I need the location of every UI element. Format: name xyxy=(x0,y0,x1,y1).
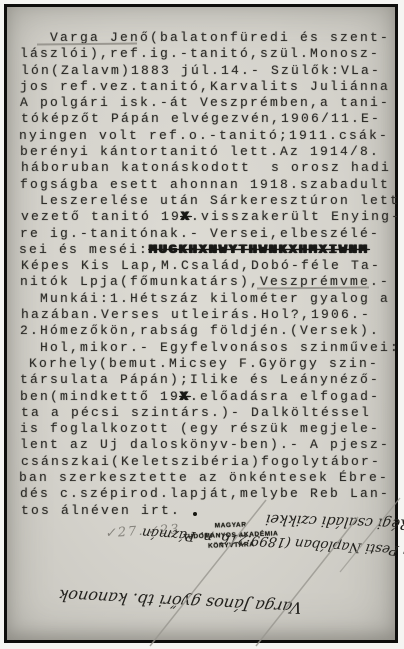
typed-text: lón(Zalavm)1883 júl.14.- Szülők:VLa- xyxy=(21,63,381,78)
typed-line: lón(Zalavm)1883 júl.14.- Szülők:VLa- xyxy=(21,63,401,79)
typed-line: lent az Uj daloskönyv-ben).- A pjesz- xyxy=(20,437,400,453)
typed-text: Képes Kis Lap,M.Család,Dobó-féle Ta- xyxy=(21,258,381,273)
typed-line: ben(mindkettő 19X.előadásra elfogad- xyxy=(20,389,400,405)
typed-text: Hol,mikor.- Egyfelvonásos szinművei: xyxy=(20,340,400,355)
typed-text: Leszerelése után Sárkeresztúron lett xyxy=(20,193,400,208)
typed-line: lászlói),ref.ig.-tanitó,szül.Monosz- xyxy=(20,46,400,62)
typed-line: 2.Hómezőkön,rabság földjén.(Versek). xyxy=(20,323,400,339)
typed-line: társulata Pápán);Ilike és Leánynéző- xyxy=(20,372,400,388)
typed-line: háboruban katonáskodott s orosz hadi xyxy=(21,160,401,176)
typed-line: hazában.Verses utleirás.Hol?,1906.- xyxy=(21,307,401,323)
typed-line: A polgári isk.-át Veszprémben,a tani- xyxy=(20,95,400,111)
typed-line: is foglalkozott (egy részük megjele- xyxy=(20,421,400,437)
typed-text: ta a pécsi szintárs.)- Dalköltéssel xyxy=(21,405,371,420)
typed-text: .visszakerült Enying- xyxy=(191,209,401,224)
typed-line: dés c.szépirod.lapját,melybe Reb Lan- xyxy=(20,486,400,502)
typed-line: Képes Kis Lap,M.Család,Dobó-féle Ta- xyxy=(21,258,401,274)
typed-line: nitók Lpja(főmunkatárs),Veszprémvme.- xyxy=(20,274,400,290)
typed-line: vezető tanitó 19X.visszakerült Enying- xyxy=(21,209,401,225)
typed-line: ta a pécsi szintárs.)- Dalköltéssel xyxy=(21,405,401,421)
typed-text: berényi kántortanitó lett.Az 1914/8. xyxy=(20,144,380,159)
typed-line: sei és meséi:MUGKHXNWYTHWNKXHMXIWNM xyxy=(19,242,399,258)
typed-line: Korhely(bemut.Micsey F.György szin- xyxy=(19,356,399,372)
typed-line: re ig.-tanitónak.- Versei,elbeszélé- xyxy=(20,226,400,242)
checkmark-27: ✓27. xyxy=(105,524,146,542)
card-paper: Varga Jenő(balatonfüredi és szent-lászló… xyxy=(7,7,395,640)
typed-text: tos álnéven irt. xyxy=(21,503,181,518)
typed-line: nyingen volt ref.o.-tanitó;1911.csák- xyxy=(19,128,399,144)
typed-text: A polgári isk.-át Veszprémben,a tani- xyxy=(20,95,390,110)
typed-text: fogságba esett ahonnan 1918.szabadult xyxy=(20,177,390,192)
typed-line: Hol,mikor.- Egyfelvonásos szinművei: xyxy=(20,340,400,356)
typed-text: dés c.szépirod.lapját,melybe Reb Lan- xyxy=(20,486,390,501)
typed-text: jos ref.vez.tanitó,Karvalits Juliánna xyxy=(20,79,390,94)
typed-text: sei és meséi: xyxy=(19,242,149,257)
typed-text: háboruban katonáskodott s orosz hadi xyxy=(21,160,391,175)
typed-text: nyingen volt ref.o.-tanitó;1911.csák- xyxy=(19,128,389,143)
typed-text: társulata Pápán);Ilike és Leánynéző- xyxy=(20,372,380,387)
typed-line: Munkái:1.Hétszáz kilométer gyalog a xyxy=(20,291,400,307)
typed-text: ban szerkesztette az önkéntesek Ébre- xyxy=(19,470,389,485)
typed-line: fogságba esett ahonnan 1918.szabadult xyxy=(20,177,400,193)
typed-text: hazában.Verses utleirás.Hol?,1906.- xyxy=(21,307,371,322)
typed-text-block: Varga Jenő(balatonfüredi és szent-lászló… xyxy=(20,30,400,519)
overstruck-text: MUGKHXNWYTHWNKXHMXIWNM xyxy=(149,242,369,257)
typed-text: vezető tanitó 19 xyxy=(21,209,181,224)
typed-line: berényi kántortanitó lett.Az 1914/8. xyxy=(20,144,400,160)
typed-text: Korhely(bemut.Micsey F.György szin- xyxy=(19,356,379,371)
inverted-note-bottom: Varga János győri tb. kanonok xyxy=(53,586,304,618)
typed-text: csánszkai(Keletszibéria)fogolytábor- xyxy=(21,454,381,469)
overstruck-text: X xyxy=(180,389,190,404)
typed-text: ben(mindkettő 19 xyxy=(20,389,180,404)
typed-line: csánszkai(Keletszibéria)fogolytábor- xyxy=(21,454,401,470)
typed-text: is foglalkozott (egy részük megjele- xyxy=(20,421,380,436)
typed-text: .előadásra elfogad- xyxy=(190,389,380,404)
photo-frame: Varga Jenő(balatonfüredi és szent-lászló… xyxy=(4,4,398,643)
typed-text: Munkái:1.Hétszáz kilométer gyalog a xyxy=(20,291,390,306)
inverted-note-middle: a Pesti Naplóban (1899:216. n. Pázmán xyxy=(206,529,404,559)
typed-text: 2.Hómezőkön,rabság földjén.(Versek). xyxy=(20,323,380,338)
typed-line: tóképzőt Pápán elvégezvén,1906/11.E- xyxy=(21,111,401,127)
typed-text: lent az Uj daloskönyv-ben).- A pjesz- xyxy=(20,437,390,452)
typed-line: jos ref.vez.tanitó,Karvalits Juliánna xyxy=(20,79,400,95)
typed-text: tóképzőt Pápán elvégezvén,1906/11.E- xyxy=(21,111,381,126)
typed-line: ban szerkesztette az önkéntesek Ébre- xyxy=(19,470,399,486)
overstruck-text: X xyxy=(181,209,191,224)
typed-text: re ig.-tanitónak.- Versei,elbeszélé- xyxy=(20,226,380,241)
typed-text: lászlói),ref.ig.-tanitó,szül.Monosz- xyxy=(20,46,380,61)
typed-line: Leszerelése után Sárkeresztúron lett xyxy=(20,193,400,209)
